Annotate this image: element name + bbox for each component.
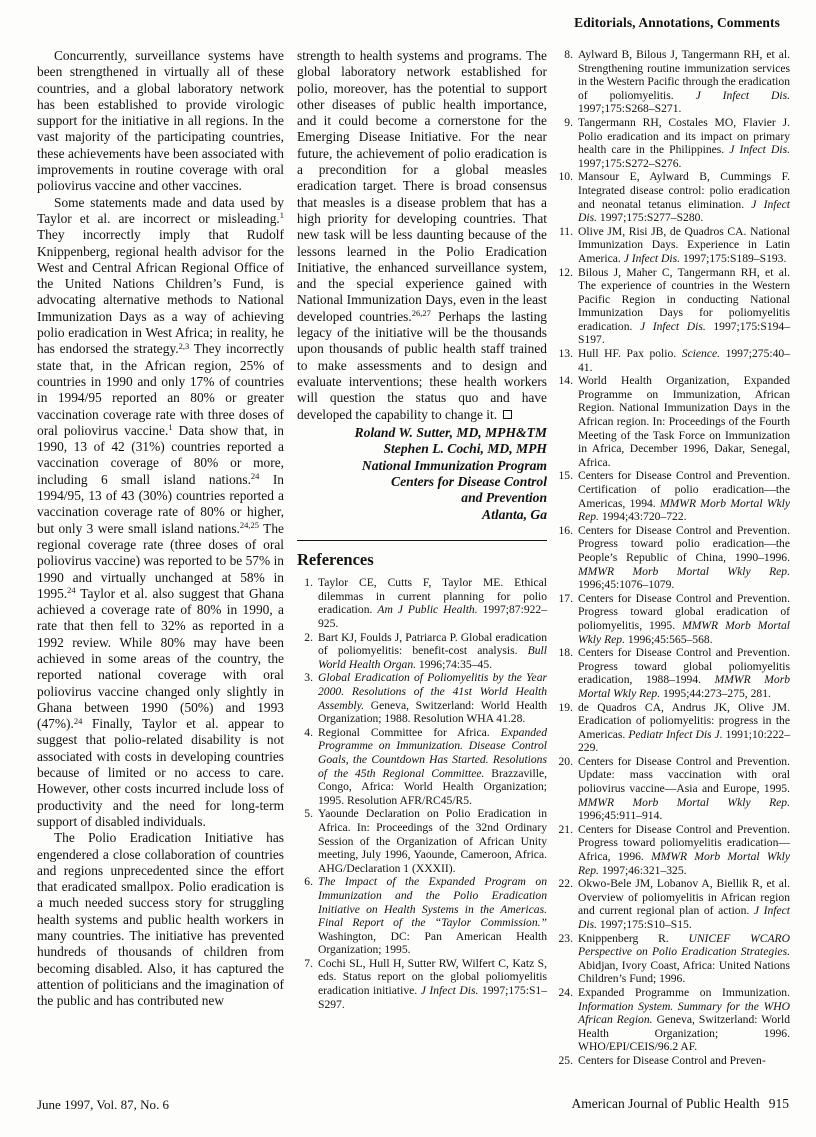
section-divider — [297, 540, 547, 541]
signature-line: and Prevention — [297, 490, 547, 506]
reference-text: World Health Organization, Expanded Prog… — [578, 374, 790, 469]
paragraph: Some statements made and data used by Ta… — [37, 195, 284, 831]
italic-text: MMWR Morb Mortal Wkly Rep. — [578, 850, 790, 877]
signature-line: Roland W. Sutter, MD, MPH&TM — [297, 425, 547, 441]
reference-number: 23. — [557, 932, 573, 946]
reference-number: 10. — [557, 170, 573, 184]
reference-item: 8.Aylward B, Bilous J, Tangermann RH, et… — [557, 48, 790, 116]
italic-text: The Impact of the Expanded Program on Im… — [318, 875, 547, 929]
reference-number: 18. — [557, 646, 573, 660]
italic-text: MMWR Morb Mortal Wkly Rep. — [578, 796, 790, 809]
reference-item: 23.Knippenberg R. UNICEF WCARO Perspecti… — [557, 932, 790, 986]
paragraph: Concurrently, surveillance systems have … — [37, 48, 284, 195]
reference-item: 9.Tangermann RH, Costales MO, Flavier J.… — [557, 116, 790, 170]
reference-number: 3. — [297, 671, 313, 685]
column-3: 8.Aylward B, Bilous J, Tangermann RH, et… — [557, 48, 790, 1068]
reference-number: 8. — [557, 48, 573, 62]
reference-text: Olive JM, Risi JB, de Quadros CA. Nation… — [578, 225, 790, 265]
italic-text: J Infect Dis. — [578, 904, 790, 931]
reference-number: 12. — [557, 266, 573, 280]
reference-item: 15.Centers for Disease Control and Preve… — [557, 469, 790, 523]
reference-number: 16. — [557, 524, 573, 538]
citation-superscript: 24 — [74, 716, 83, 726]
reference-item: 2.Bart KJ, Foulds J, Patriarca P. Global… — [297, 631, 547, 672]
reference-number: 20. — [557, 755, 573, 769]
reference-number: 15. — [557, 469, 573, 483]
reference-item: 1.Taylor CE, Cutts F, Taylor ME. Ethical… — [297, 576, 547, 630]
citation-superscript: 2,3 — [179, 341, 190, 351]
reference-text: Centers for Disease Control and Preventi… — [578, 524, 790, 591]
reference-list-1-7: 1.Taylor CE, Cutts F, Taylor ME. Ethical… — [297, 576, 547, 1011]
reference-number: 24. — [557, 986, 573, 1000]
reference-item: 24.Expanded Programme on Immunization. I… — [557, 986, 790, 1054]
signature-line: National Immunization Program — [297, 458, 547, 474]
footer-page-number: 915 — [769, 1096, 789, 1111]
italic-text: Pediatr Infect Dis J. — [628, 728, 722, 741]
reference-text: Centers for Disease Control and Preventi… — [578, 592, 790, 646]
journal-page: Editorials, Annotations, Comments Concur… — [0, 0, 816, 1137]
reference-item: 6.The Impact of the Expanded Program on … — [297, 875, 547, 957]
reference-number: 6. — [297, 875, 313, 889]
reference-item: 11.Olive JM, Risi JB, de Quadros CA. Nat… — [557, 225, 790, 266]
citation-superscript: 26,27 — [412, 308, 431, 318]
reference-text: de Quadros CA, Andrus JK, Olive JM. Erad… — [578, 701, 790, 755]
reference-text: Bart KJ, Foulds J, Patriarca P. Global e… — [318, 631, 547, 671]
reference-text: The Impact of the Expanded Program on Im… — [318, 875, 547, 956]
italic-text: J Infect Dis. — [624, 252, 680, 265]
end-of-article-tombstone — [503, 410, 512, 419]
reference-item: 12.Bilous J, Maher C, Tangermann RH, et … — [557, 266, 790, 348]
citation-superscript: 1 — [280, 210, 284, 220]
reference-number: 5. — [297, 807, 313, 821]
reference-text: Yaounde Declaration on Polio Eradication… — [318, 807, 547, 874]
reference-text: Bilous J, Maher C, Tangermann RH, et al.… — [578, 266, 790, 347]
italic-text: J Infect Dis. — [640, 320, 706, 333]
reference-item: 13.Hull HF. Pax polio. Science. 1997;275… — [557, 347, 790, 374]
italic-text: MMWR Morb Mortal Wkly Rep. — [578, 673, 790, 700]
reference-item: 5.Yaounde Declaration on Polio Eradicati… — [297, 807, 547, 875]
italic-text: J Infect Dis. — [696, 89, 790, 102]
italic-text: MMWR Morb Mortal Wkly Rep. — [578, 497, 790, 524]
reference-text: Tangermann RH, Costales MO, Flavier J. P… — [578, 116, 790, 170]
italic-text: MMWR Morb Mortal Wkly Rep. — [578, 619, 790, 646]
reference-text: Centers for Disease Control and Preven- — [578, 1054, 766, 1067]
reference-number: 11. — [557, 225, 573, 239]
signature-block: Roland W. Sutter, MD, MPH&TMStephen L. C… — [297, 425, 547, 523]
reference-text: Centers for Disease Control and Preventi… — [578, 823, 790, 877]
reference-text: Aylward B, Bilous J, Tangermann RH, et a… — [578, 48, 790, 115]
paragraph: strength to health systems and programs.… — [297, 48, 547, 423]
reference-number: 4. — [297, 726, 313, 740]
reference-number: 19. — [557, 701, 573, 715]
reference-item: 19.de Quadros CA, Andrus JK, Olive JM. E… — [557, 701, 790, 755]
reference-text: Hull HF. Pax polio. Science. 1997;275:40… — [578, 347, 790, 374]
citation-superscript: 24,25 — [240, 520, 259, 530]
signature-line: Stephen L. Cochi, MD, MPH — [297, 441, 547, 457]
reference-text: Centers for Disease Control and Preventi… — [578, 469, 790, 523]
reference-item: 18.Centers for Disease Control and Preve… — [557, 646, 790, 700]
reference-text: Taylor CE, Cutts F, Taylor ME. Ethical d… — [318, 576, 547, 630]
italic-text: Science. — [682, 347, 720, 360]
reference-item: 21.Centers for Disease Control and Preve… — [557, 823, 790, 877]
reference-list-8-25: 8.Aylward B, Bilous J, Tangermann RH, et… — [557, 48, 790, 1068]
references-heading: References — [297, 550, 547, 570]
reference-number: 2. — [297, 631, 313, 645]
reference-item: 7.Cochi SL, Hull H, Sutter RW, Wilfert C… — [297, 957, 547, 1011]
reference-item: 22.Okwo-Bele JM, Lobanov A, Biellik R, e… — [557, 877, 790, 931]
reference-number: 25. — [557, 1054, 573, 1068]
reference-number: 7. — [297, 957, 313, 971]
column-2: strength to health systems and programs.… — [297, 48, 547, 1011]
italic-text: J Infect Dis. — [421, 984, 479, 997]
citation-superscript: 1 — [168, 422, 172, 432]
paragraph: The Polio Eradication Initiative has eng… — [37, 830, 284, 1009]
reference-number: 22. — [557, 877, 573, 891]
reference-text: Global Eradication of Poliomyelitis by t… — [318, 671, 547, 725]
italic-text: Information System. Summary for the WHO … — [578, 1000, 790, 1027]
italic-text: MMWR Morb Mortal Wkly Rep. — [578, 565, 790, 578]
column-1: Concurrently, surveillance systems have … — [37, 48, 284, 1010]
italic-text: J Infect Dis. — [729, 143, 790, 156]
citation-superscript: 24 — [251, 471, 260, 481]
italic-text: Bull World Health Organ. — [318, 644, 547, 671]
reference-number: 13. — [557, 347, 573, 361]
reference-text: Knippenberg R. UNICEF WCARO Perspective … — [578, 932, 790, 986]
citation-superscript: 24 — [67, 585, 76, 595]
footer-journal-line: American Journal of Public Health915 — [572, 1096, 789, 1112]
reference-item: 3.Global Eradication of Poliomyelitis by… — [297, 671, 547, 725]
reference-number: 9. — [557, 116, 573, 130]
reference-text: Cochi SL, Hull H, Sutter RW, Wilfert C, … — [318, 957, 547, 1011]
reference-item: 16.Centers for Disease Control and Preve… — [557, 524, 790, 592]
italic-text: J Infect Dis. — [578, 198, 790, 225]
italic-text: Am J Public Health. — [377, 603, 477, 616]
reference-item: 10.Mansour E, Aylward B, Cummings F. Int… — [557, 170, 790, 224]
reference-text: Expanded Programme on Immunization. Info… — [578, 986, 790, 1053]
reference-item: 20.Centers for Disease Control and Preve… — [557, 755, 790, 823]
reference-text: Mansour E, Aylward B, Cummings F. Integr… — [578, 170, 790, 224]
italic-text: Global Eradication of Poliomyelitis by t… — [318, 671, 547, 711]
reference-number: 17. — [557, 592, 573, 606]
column-2-body: strength to health systems and programs.… — [297, 48, 547, 423]
reference-item: 25.Centers for Disease Control and Preve… — [557, 1054, 790, 1068]
reference-item: 4.Regional Committee for Africa. Expande… — [297, 726, 547, 808]
reference-text: Centers for Disease Control and Preventi… — [578, 755, 790, 822]
reference-number: 14. — [557, 374, 573, 388]
reference-number: 21. — [557, 823, 573, 837]
reference-item: 17.Centers for Disease Control and Preve… — [557, 592, 790, 646]
italic-text: Expanded Programme on Immunization. Dise… — [318, 726, 547, 780]
footer-issue-info: June 1997, Vol. 87, No. 6 — [37, 1097, 169, 1113]
reference-text: Centers for Disease Control and Preventi… — [578, 646, 790, 700]
italic-text: UNICEF WCARO Perspective on Polio Eradic… — [578, 932, 790, 959]
signature-line: Centers for Disease Control — [297, 474, 547, 490]
reference-text: Okwo-Bele JM, Lobanov A, Biellik R, et a… — [578, 877, 790, 931]
running-head: Editorials, Annotations, Comments — [574, 15, 780, 31]
reference-item: 14.World Health Organization, Expanded P… — [557, 374, 790, 469]
footer-journal-name: American Journal of Public Health — [572, 1096, 760, 1111]
reference-number: 1. — [297, 576, 313, 590]
signature-line: Atlanta, Ga — [297, 507, 547, 523]
reference-text: Regional Committee for Africa. Expanded … — [318, 726, 547, 807]
